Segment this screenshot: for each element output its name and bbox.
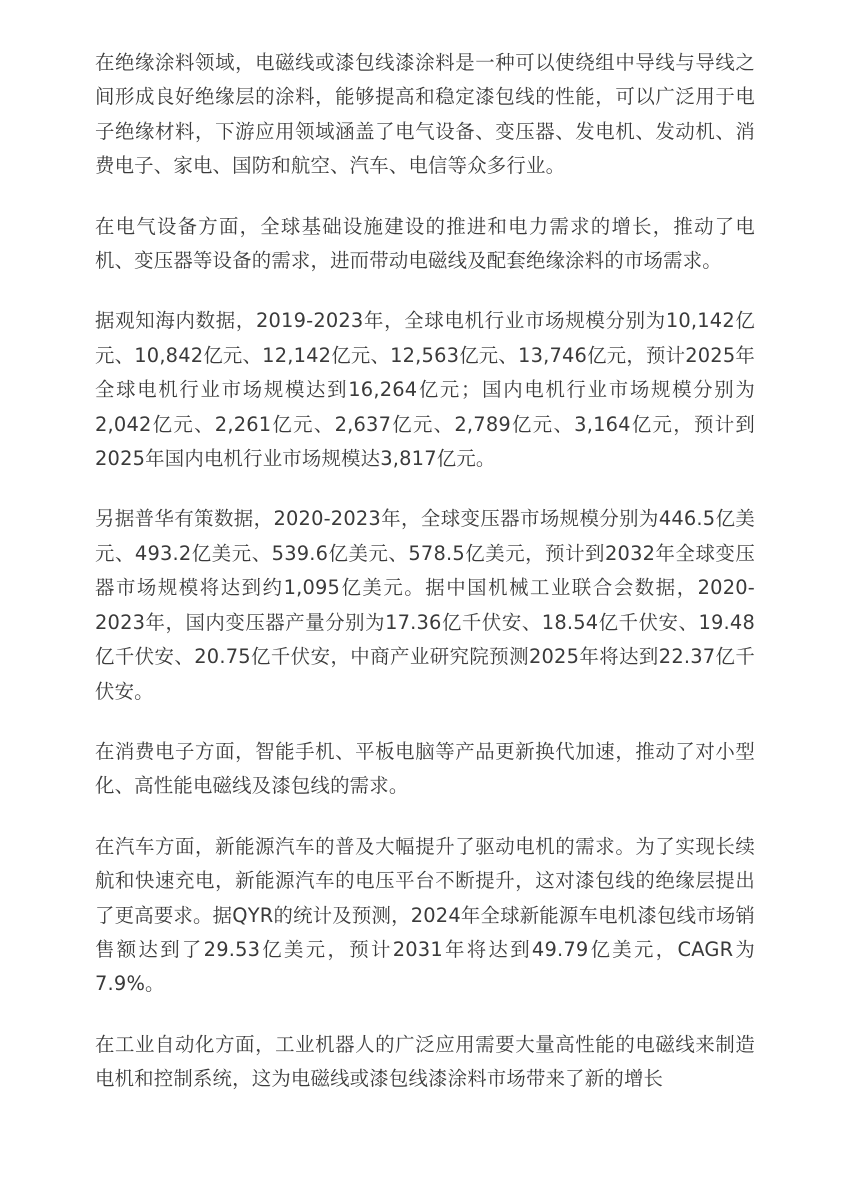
paragraph-consumer-electronics: 在消费电子方面，智能手机、平板电脑等产品更新换代加速，推动了对小型化、高性能电磁… <box>95 735 755 804</box>
paragraph-automotive: 在汽车方面，新能源汽车的普及大幅提升了驱动电机的需求。为了实现长续航和快速充电，… <box>95 830 755 1002</box>
paragraph-motor-market: 据观知海内数据，2019-2023年，全球电机行业市场规模分别为10,142亿元… <box>95 304 755 476</box>
paragraph-electrical-equipment: 在电气设备方面，全球基础设施建设的推进和电力需求的增长，推动了电机、变压器等设备… <box>95 210 755 279</box>
article-body: 在绝缘涂料领域，电磁线或漆包线漆涂料是一种可以使绕组中导线与导线之间形成良好绝缘… <box>95 46 755 1123</box>
paragraph-transformer-market: 另据普华有策数据，2020-2023年，全球变压器市场规模分别为446.5亿美元… <box>95 502 755 708</box>
paragraph-industrial-automation: 在工业自动化方面，工业机器人的广泛应用需要大量高性能的电磁线来制造电机和控制系统… <box>95 1028 755 1097</box>
paragraph-insulation-coatings: 在绝缘涂料领域，电磁线或漆包线漆涂料是一种可以使绕组中导线与导线之间形成良好绝缘… <box>95 46 755 184</box>
